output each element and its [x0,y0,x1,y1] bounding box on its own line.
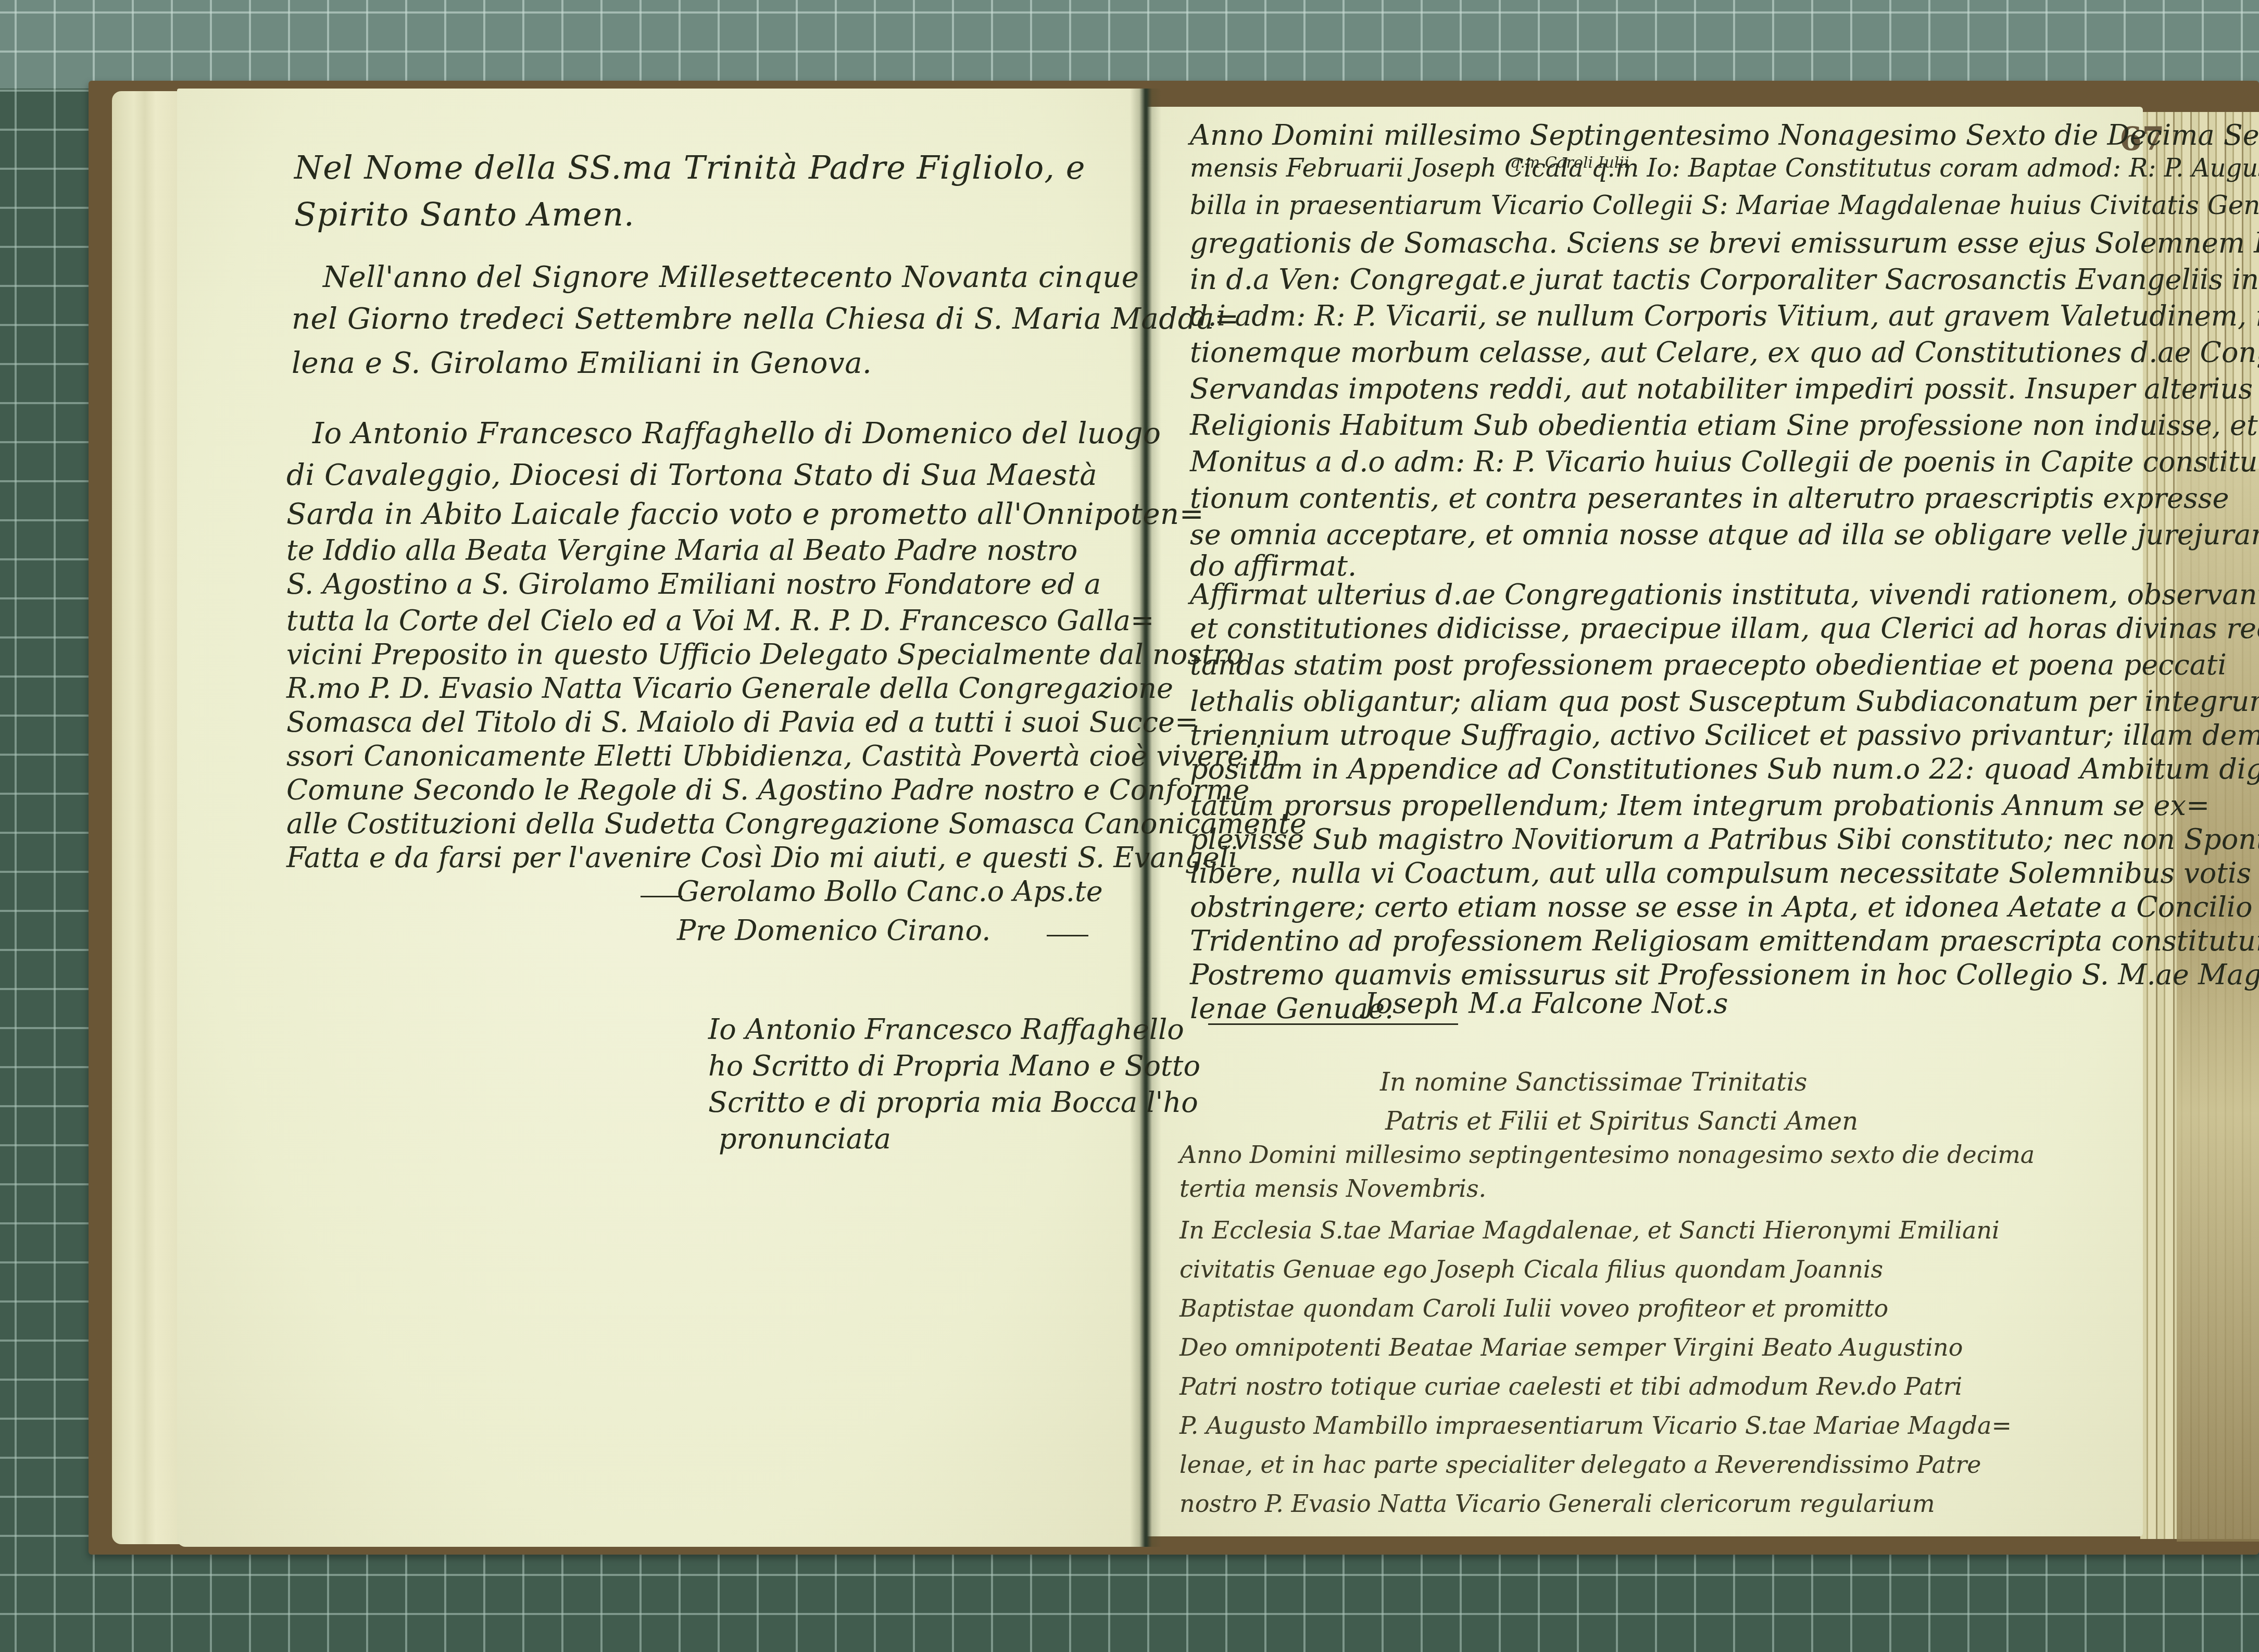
right-act1-line: Servandas impotens reddi, aut notabilite… [1190,372,2253,405]
left-vow-line: te Iddio alla Beata Vergine Maria al Bea… [286,534,1077,567]
right-act2-line: civitatis Genuae ego Joseph Cicala filiu… [1179,1255,1883,1283]
left-vow-line: Comune Secondo le Regole di S. Agostino … [286,773,1250,806]
right-act2-line: Deo omnipotenti Beatae Mariae semper Vir… [1179,1333,1963,1361]
left-heading-line: Spirito Santo Amen. [294,195,635,233]
left-vow-line: Fatta e da farsi per l'avenire Così Dio … [286,841,1237,874]
left-vow-line: tutta la Corte del Cielo ed a Voi M. R. … [286,604,1154,637]
right-act1-line: tandas statim post professionem praecept… [1190,648,2227,681]
left-vow-line: Sarda in Abito Laicale faccio voto e pro… [286,497,1204,531]
autograph-line: Scritto e di propria mia Bocca l'ho [708,1086,1198,1119]
signature-flourish [1047,935,1088,936]
right-act1-line: plevisse Sub magistro Novitiorum a Patri… [1190,823,2259,856]
left-page-edges [112,91,185,1544]
left-vow-line: vicini Preposito in questo Ufficio Deleg… [286,638,1244,671]
right-act2-line: lenae, et in hac parte specialiter deleg… [1179,1450,1981,1479]
autograph-line: Io Antonio Francesco Raffaghello [708,1013,1184,1046]
right-act1-line: positam in Appendice ad Constitutiones S… [1190,753,2259,785]
right-act2-line: In Ecclesia S.tae Mariae Magdalenae, et … [1179,1216,2000,1244]
right-act2-line: tertia mensis Novembris. [1179,1174,1486,1203]
left-date-line: lena e S. Girolamo Emiliani in Genova. [292,346,872,380]
underline-rule [1208,1023,1458,1025]
right-act1-line: libere, nulla vi Coactum, aut ulla compu… [1190,857,2259,890]
left-vow-line: di Cavaleggio, Diocesi di Tortona Stato … [286,458,1097,492]
right-act1-line: Anno Domini millesimo Septingentesimo No… [1190,119,2259,152]
left-vow-line: S. Agostino a S. Girolamo Emiliani nostr… [286,568,1101,600]
cutting-mat-top [0,0,2259,89]
signature-flourish [641,896,682,897]
left-vow-line: R.mo P. D. Evasio Natta Vicario Generale… [286,672,1173,705]
right-act1-line: triennium utroque Suffragio, activo Scil… [1190,719,2259,752]
right-act1-line: Monitus a d.o adm: R: P. Vicario huius C… [1190,445,2259,478]
right-act2-line: nostro P. Evasio Natta Vicario Generali … [1179,1490,1935,1518]
right-act1-line: billa in praesentiarum Vicario Collegii … [1190,190,2259,220]
right-act1-line: se omnia acceptare, et omnia nosse atque… [1190,518,2259,551]
witness-signature: Pre Domenico Cirano. [677,914,990,947]
left-vow-line: Io Antonio Francesco Raffaghello di Dome… [312,417,1161,450]
right-act2-line: Patri nostro totique curiae caelesti et … [1179,1372,1962,1400]
left-vow-line: ssori Canonicamente Eletti Ubbidienza, C… [286,740,1280,772]
right-act1-line: tatum prorsus propellendum; Item integru… [1190,789,2210,822]
right-act1-line: tionum contentis, et contra peserantes i… [1190,482,2229,515]
right-act1-line: Affirmat ulterius d.ae Congregationis in… [1190,578,2259,611]
right-act2-line: Anno Domini millesimo septingentesimo no… [1179,1141,2035,1169]
right-act1-line: lenae Genuae. [1190,992,1394,1025]
notary-signature: Joseph M.a Falcone Not.s [1364,987,1728,1020]
right-act1-line: lethalis obligantur; aliam qua post Susc… [1190,685,2259,718]
autograph-line: pronunciata [719,1122,891,1155]
right-act1-line: mensis Februarii Joseph Cicala q.m Io: B… [1190,154,2259,183]
right-act1-line: tionemque morbum celasse, aut Celare, ex… [1190,336,2259,369]
act2-heading: Patris et Filii et Spiritus Sancti Amen [1385,1107,1858,1136]
left-vow-line: alle Costituzioni della Sudetta Congrega… [286,807,1307,840]
right-act1-line: et constitutiones didicisse, praecipue i… [1190,612,2259,645]
left-date-line: nel Giorno tredeci Settembre nella Chies… [292,302,1239,336]
left-heading-line: Nel Nome della SS.ma Trinità Padre Figli… [294,148,1085,186]
right-act2-line: Baptistae quondam Caroli Iulii voveo pro… [1179,1294,1888,1322]
left-date-line: Nell'anno del Signore Millesettecento No… [323,260,1139,294]
right-act1-line: Religionis Habitum Sub obedientia etiam … [1190,409,2258,442]
right-act1-line: in d.a Ven: Congregat.e jurat tactis Cor… [1190,263,2259,296]
right-act1-line: do affirmat. [1190,549,1357,582]
autograph-line: ho Scritto di Propria Mano e Sotto [708,1049,1200,1082]
right-act1-line: d.i adm: R: P. Vicarii, se nullum Corpor… [1190,299,2259,332]
right-act2-line: P. Augusto Mambillo impraesentiarum Vica… [1179,1411,2012,1440]
witness-signature: Gerolamo Bollo Canc.o Aps.te [677,875,1103,908]
left-vow-line: Somasca del Titolo di S. Maiolo di Pavia… [286,706,1198,739]
act2-heading: In nomine Sanctissimae Trinitatis [1380,1068,1808,1097]
right-act1-line: gregationis de Somascha. Sciens se brevi… [1190,227,2259,259]
right-act1-line: Postremo quamvis emissurus sit Professio… [1190,958,2259,991]
right-act1-line: obstringere; certo etiam nosse se esse i… [1190,891,2253,923]
right-act1-line: Tridentino ad professionem Religiosam em… [1190,924,2259,957]
